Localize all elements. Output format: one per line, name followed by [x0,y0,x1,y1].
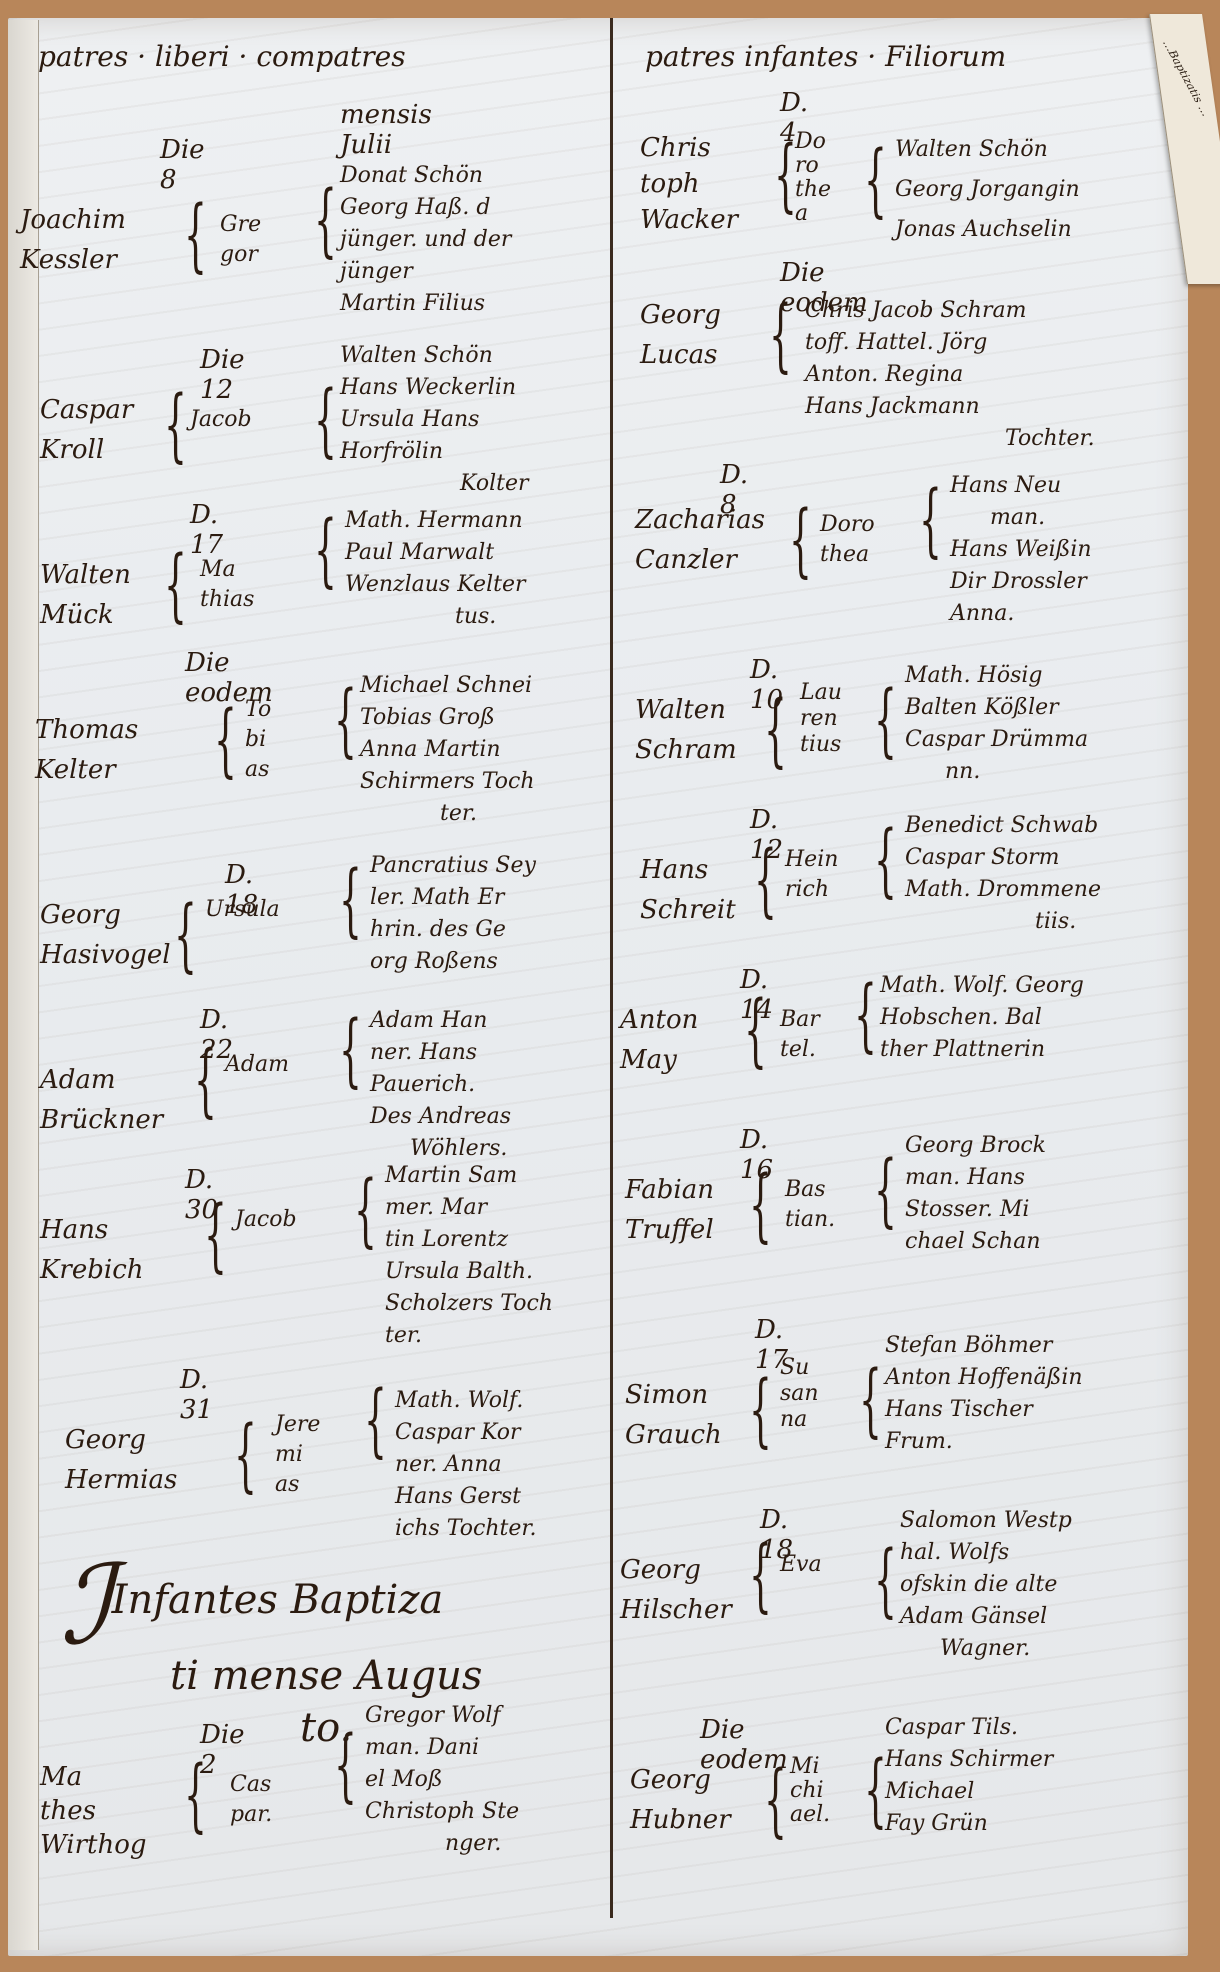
text-line: chael Schan [905,1226,1155,1258]
father-name: WaltenMück [40,555,131,635]
child-name: Susanna [780,1355,819,1433]
entry-date: Die 8 [160,135,205,195]
sponsor-list: Gregor Wolfman. Daniel MoßChristoph Sten… [365,1700,615,1860]
brace-icon: { [864,140,887,220]
text-line: tius [800,732,842,758]
text-line: Mück [40,595,131,635]
text-line: Donat Schön [340,160,590,192]
brace-icon: { [764,1760,787,1840]
text-line: mi [275,1440,320,1470]
text-line: Des Andreas [370,1101,620,1133]
brace-icon: { [204,1195,227,1275]
text-line: Canzler [635,540,765,580]
brace-icon: { [164,385,187,465]
text-line: the [795,178,831,202]
text-line: Brückner [40,1100,163,1140]
father-name: JoachimKessler [20,200,126,280]
text-line: Schram [635,730,737,770]
text-line: Krebich [40,1250,144,1290]
brace-icon: { [339,860,362,940]
text-line: bi [245,725,271,755]
text-line: Math. Hösig [905,660,1155,692]
text-line: Zacharias [635,500,765,540]
child-name: Ursula [205,895,280,925]
text-line: Hermias [65,1460,177,1500]
text-line: Walten Schön [340,340,590,372]
father-name: ThomasKelter [35,710,138,790]
child-name: Michiael. [790,1755,830,1827]
text-line: Walten Schön [895,130,1145,170]
text-line: Georg [65,1420,177,1460]
text-line: Walten [635,690,737,730]
father-name: GeorgHubner [630,1760,731,1840]
sponsor-list: Salomon Westphal. Wolfsofskin die alteAd… [900,1505,1150,1665]
text-line: Jonas Auchselin [895,210,1145,250]
margin-note: …Baptizatis … [1160,38,1212,118]
text-line: ichs Tochter. [395,1513,645,1545]
text-line: Adam [40,1060,163,1100]
text-line: Benedict Schwab [905,810,1155,842]
father-name: GeorgHilscher [620,1550,732,1630]
father-name: GeorgHermias [65,1420,177,1500]
sponsor-list: Walten SchönGeorg JorganginJonas Auchsel… [895,130,1145,250]
text-line: Caspar Storm [905,842,1155,874]
text-line: Hans [40,1210,144,1250]
text-line: Hubner [630,1800,731,1840]
text-line: Math. Wolf. Georg [880,970,1160,1002]
brace-icon: { [874,680,897,760]
brace-icon: { [174,895,197,975]
brace-icon: { [744,990,767,1070]
text-line: Walten [40,555,131,595]
text-line: Kroll [40,430,133,470]
brace-icon: { [874,820,897,900]
sponsor-list: Math. Wolf.Caspar Korner. AnnaHans Gerst… [395,1385,645,1545]
father-name: MathesWirthog [40,1760,147,1862]
text-line: Kolter [340,468,590,500]
month-heading: mensis Julii [340,100,432,160]
text-line: el Moß [365,1764,615,1796]
right-column-header: patres infantes · Filiorum [645,40,1165,73]
text-line: Georg Jorgangin [895,170,1145,210]
text-line: Pauerich. [370,1069,620,1101]
text-line: Dir Drossler [950,566,1150,598]
text-line: Adam Gänsel [900,1601,1150,1633]
brace-icon: { [314,180,337,260]
brace-icon: { [314,510,337,590]
text-line: man. Hans [905,1162,1155,1194]
father-name: HansSchreit [640,850,736,930]
sponsor-list: Martin Sammer. Martin LorentzUrsula Balt… [385,1160,635,1352]
brace-icon: { [164,545,187,625]
text-line: Hein [785,845,838,875]
sponsor-list: Adam Hanner. HansPauerich.Des AndreasWöh… [370,1005,620,1165]
text-line: ofskin die alte [900,1569,1150,1601]
text-line: Simon [625,1375,722,1415]
text-line: Bar [780,1005,820,1035]
sponsor-list: Georg Brockman. HansStosser. Michael Sch… [905,1130,1155,1258]
sponsor-list: Michael SchneiTobias GroßAnna MartinSchi… [360,670,610,830]
text-line: Ursula Balth. [385,1256,635,1288]
father-name: GeorgHasivogel [40,895,171,975]
text-line: Salomon Westp [900,1505,1150,1537]
entry-date: D. 31 [180,1365,213,1425]
sponsor-list: Hans Neuman.Hans WeißinDir DrosslerAnna. [950,470,1150,630]
text-line: Georg [640,295,721,335]
text-line: ren [800,706,842,732]
child-name: Laurentius [800,680,842,758]
entry-date: D. 17 [190,500,223,560]
brace-icon: { [184,1755,207,1835]
text-line: tus. [345,601,595,633]
text-line: Joachim [20,200,126,240]
brace-icon: { [354,1170,377,1250]
child-name: Jacob [190,405,252,435]
text-line: Fabian [625,1170,714,1210]
brace-icon: { [864,1750,887,1830]
text-line: Chris Jacob Schram [805,295,1135,327]
text-line: rich [785,875,838,905]
sponsor-list: Benedict SchwabCaspar StormMath. Drommen… [905,810,1155,938]
text-line: toph [640,166,738,202]
father-name: AntonMay [620,1000,698,1080]
text-line: ler. Math Er [370,882,620,914]
child-name: Tobias [245,695,271,785]
father-name: GeorgLucas [640,295,721,375]
brace-icon: { [754,840,777,920]
child-name: Eva [780,1550,822,1580]
text-line: Lucas [640,335,721,375]
child-name: Jacob [235,1205,297,1235]
entry-date: Die 12 [200,345,245,405]
text-line: Schreit [640,890,736,930]
brace-icon: { [769,295,792,375]
text-line: thes [40,1794,147,1828]
text-line: Georg [620,1550,732,1590]
text-line: Hans Tischer [885,1394,1165,1426]
text-line: Adam Han [370,1005,620,1037]
text-line: Schirmers Toch [360,766,610,798]
text-line: ter. [385,1320,635,1352]
text-line: gor [220,240,261,270]
text-line: Infantes Baptiza [112,1577,444,1623]
sponsor-list: Math. HösigBalten KößlerCaspar Drümmann. [905,660,1155,788]
brace-icon: { [789,500,812,580]
text-line: To [245,695,271,725]
child-name: Gregor [220,210,261,270]
sponsor-list: Chris Jacob Schramtoff. Hattel. JörgAnto… [805,295,1135,455]
text-line: as [275,1470,320,1500]
text-line: thias [200,585,254,615]
child-name: Dorothea [820,510,875,570]
text-line: hrin. des Ge [370,914,620,946]
text-line: Tobias Groß [360,702,610,734]
text-line: Ma [200,555,254,585]
father-name: WaltenSchram [635,690,737,770]
text-line: Michael [885,1776,1135,1808]
text-line: org Roßens [370,946,620,978]
text-line: Hans Jackmann [805,391,1135,423]
text-line: san [780,1381,819,1407]
text-line: Hasivogel [40,935,171,975]
text-line: Su [780,1355,819,1381]
father-name: HansKrebich [40,1210,144,1290]
text-line: May [620,1040,698,1080]
text-line: Tochter. [805,423,1135,455]
text-line: ter. [360,798,610,830]
text-line: Hilscher [620,1590,732,1630]
father-name: SimonGrauch [625,1375,722,1455]
text-line: Thomas [35,710,138,750]
text-line: Math. Hermann [345,505,595,537]
text-line: Anton. Regina [805,359,1135,391]
father-name: AdamBrückner [40,1060,163,1140]
child-name: Caspar. [230,1770,272,1830]
text-line: Wirthog [40,1828,147,1862]
text-line: Hobschen. Bal [880,1002,1160,1034]
text-line: jünger. und der jünger [340,224,590,288]
text-line: thea [820,540,875,570]
text-line: Anna Martin [360,734,610,766]
child-name: Jeremias [275,1410,320,1500]
text-line: Ma [40,1760,147,1794]
text-line: par. [230,1800,272,1830]
brace-icon: { [339,1010,362,1090]
text-line: Kessler [20,240,126,280]
sponsor-list: Stefan BöhmerAnton HoffenäßinHans Tische… [885,1330,1165,1458]
text-line: tin Lorentz [385,1224,635,1256]
father-name: ZachariasCanzler [635,500,765,580]
brace-icon: { [749,1370,772,1450]
text-line: nger. [365,1828,615,1860]
sponsor-list: Walten SchönHans WeckerlinUrsula HansHor… [340,340,590,500]
text-line: Pancratius Sey [370,850,620,882]
text-line: Truffel [625,1210,714,1250]
text-line: Hans Schirmer [885,1744,1135,1776]
text-line: ti mense Augus [60,1650,620,1702]
text-line: man. [950,502,1150,534]
text-line: Hans Weckerlin [340,372,590,404]
text-line: ael. [790,1803,830,1827]
text-line: Horfrölin [340,436,590,468]
child-name: Mathias [200,555,254,615]
text-line: Hans Weißin [950,534,1150,566]
text-line: ro [795,154,831,178]
text-line: Hans Gerst [395,1481,645,1513]
text-line: tiis. [905,906,1155,938]
text-line: Georg [630,1760,731,1800]
sponsor-list: Caspar Tils.Hans SchirmerMichaelFay Grün [885,1712,1135,1840]
text-line: Caspar Tils. [885,1712,1135,1744]
text-line: Stosser. Mi [905,1194,1155,1226]
text-line: Martin Filius [340,288,590,320]
text-line: Jere [275,1410,320,1440]
text-line: man. Dani [365,1732,615,1764]
text-line: Do [795,130,831,154]
text-line: Wagner. [900,1633,1150,1665]
brace-icon: { [334,1725,357,1805]
text-line: Kelter [35,750,138,790]
brace-icon: { [334,680,357,760]
child-name: Bartel. [780,1005,820,1065]
sponsor-list: Donat SchönGeorg Haß. djünger. und der j… [340,160,590,320]
text-line: ner. Hans [370,1037,620,1069]
text-line: ther Plattnerin [880,1034,1160,1066]
text-line: Balten Kößler [905,692,1155,724]
text-line: Paul Marwalt [345,537,595,569]
text-line: Anton [620,1000,698,1040]
text-line: Fay Grün [885,1808,1135,1840]
brace-icon: { [764,690,787,770]
sponsor-list: Math. Wolf. GeorgHobschen. Balther Platt… [880,970,1160,1066]
brace-icon: { [874,1150,897,1230]
text-line: Bas [785,1175,835,1205]
decorative-initial: ℐ [60,1541,112,1669]
text-line: Georg Haß. d [340,192,590,224]
brace-icon: { [854,975,877,1055]
text-line: nn. [905,756,1155,788]
text-line: Michael Schnei [360,670,610,702]
sponsor-list: Math. HermannPaul MarwaltWenzlaus Kelter… [345,505,595,633]
text-line: Gregor Wolf [365,1700,615,1732]
brace-icon: { [214,700,237,780]
text-line: Hans Neu [950,470,1150,502]
brace-icon: { [919,480,942,560]
left-column-header: patres · liberi · compatres [38,40,598,73]
brace-icon: { [874,1540,897,1620]
text-line: Stefan Böhmer [885,1330,1165,1362]
text-line: Scholzers Toch [385,1288,635,1320]
text-line: Frum. [885,1426,1165,1458]
text-line: ner. Anna [395,1449,645,1481]
father-name: CasparKroll [40,390,133,470]
brace-icon: { [749,1535,772,1615]
text-line: Cas [230,1770,272,1800]
child-name: Dorothea [795,130,831,226]
child-name: Adam [225,1050,289,1080]
text-line: Chris [640,130,738,166]
brace-icon: { [314,380,337,460]
text-line: Wacker [640,202,738,238]
brace-icon: { [749,1165,772,1245]
text-line: Ursula Hans [340,404,590,436]
text-line: Lau [800,680,842,706]
text-line: Anton Hoffenäßin [885,1362,1165,1394]
text-line: hal. Wolfs [900,1537,1150,1569]
text-line: Georg [40,895,171,935]
page-binding-edge [8,20,39,1950]
text-line: Martin Sam [385,1160,635,1192]
text-line: Caspar Kor [395,1417,645,1449]
text-line: Wenzlaus Kelter [345,569,595,601]
child-name: Heinrich [785,845,838,905]
text-line: mer. Mar [385,1192,635,1224]
text-line: Mi [790,1755,830,1779]
text-line: Anna. [950,598,1150,630]
child-name: Bastian. [785,1175,835,1235]
text-line: Hans [640,850,736,890]
brace-icon: { [364,1380,387,1460]
brace-icon: { [184,195,207,275]
text-line: chi [790,1779,830,1803]
text-line: tian. [785,1205,835,1235]
sponsor-list: Pancratius Seyler. Math Erhrin. des Geor… [370,850,620,978]
text-line: Gre [220,210,261,240]
text-line: Math. Wolf. [395,1385,645,1417]
father-name: FabianTruffel [625,1170,714,1250]
text-line: tel. [780,1035,820,1065]
text-line: Caspar [40,390,133,430]
text-line: Doro [820,510,875,540]
text-line: Christoph Ste [365,1796,615,1828]
text-line: Grauch [625,1415,722,1455]
text-line: as [245,755,271,785]
text-line: Georg Brock [905,1130,1155,1162]
text-line: a [795,202,831,226]
text-line: na [780,1407,819,1433]
father-name: ChristophWacker [640,130,738,238]
text-line: Caspar Drümma [905,724,1155,756]
text-line: toff. Hattel. Jörg [805,327,1135,359]
brace-icon: { [774,135,797,215]
brace-icon: { [859,1360,882,1440]
brace-icon: { [194,1040,217,1120]
text-line: Math. Drommene [905,874,1155,906]
brace-icon: { [234,1415,257,1495]
